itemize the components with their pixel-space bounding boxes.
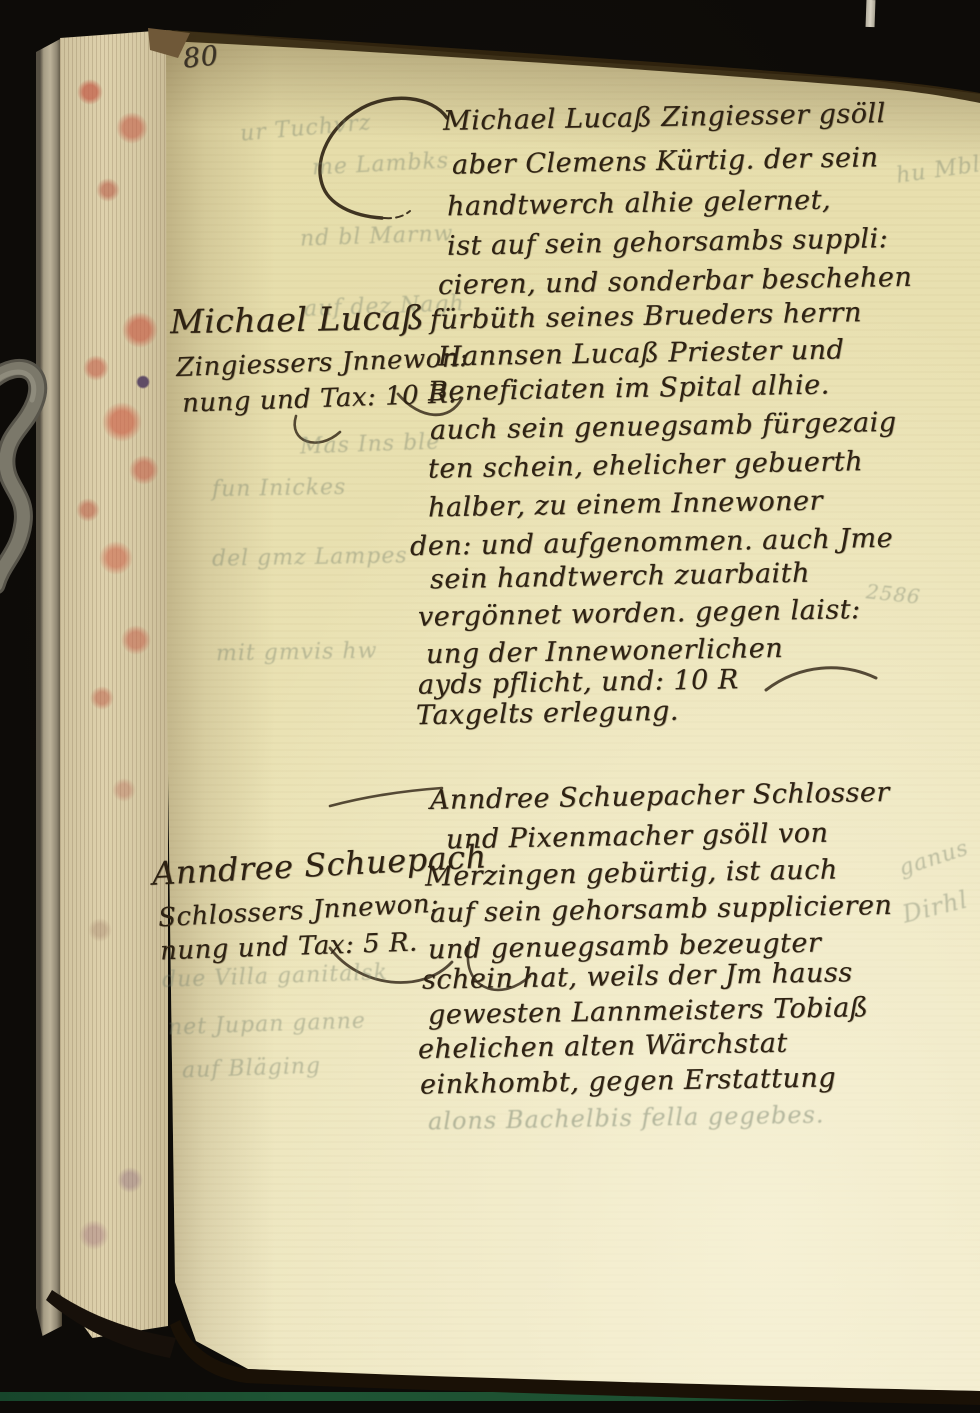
page-block-edges	[60, 30, 168, 1346]
manuscript-photo: 80 ur Tuchvrz me Lambks nd bl Marnw auf …	[0, 0, 980, 1413]
bleedthrough-line: Mas Ins ble	[300, 430, 441, 460]
page-number: 80	[181, 40, 219, 75]
bleedthrough-line: nd bl Marnw	[300, 221, 454, 251]
bleedthrough-line: del gmz Lampes	[212, 543, 408, 571]
margin-note-line: Michael Lucaß	[170, 298, 425, 341]
bleedthrough-line: mit gmvis hw	[216, 639, 378, 667]
manuscript-line: Taxgelts erlegung.	[416, 696, 679, 732]
parchment-cover-edge	[36, 38, 62, 1340]
manuscript-line: sein handtwerch zuarbaith	[430, 558, 810, 596]
tie-strap	[0, 368, 38, 585]
manuscript-line: ehelichen alten Wärchstat	[418, 1028, 788, 1065]
table-edge-stripe	[0, 1392, 980, 1401]
bleedthrough-line: auf Bläging	[182, 1054, 322, 1084]
bookmark-ribbon	[866, 0, 876, 27]
bleedthrough-line: fun Inickes	[212, 475, 347, 502]
manuscript-line: ayds pflicht, und: 10 R	[418, 664, 739, 701]
